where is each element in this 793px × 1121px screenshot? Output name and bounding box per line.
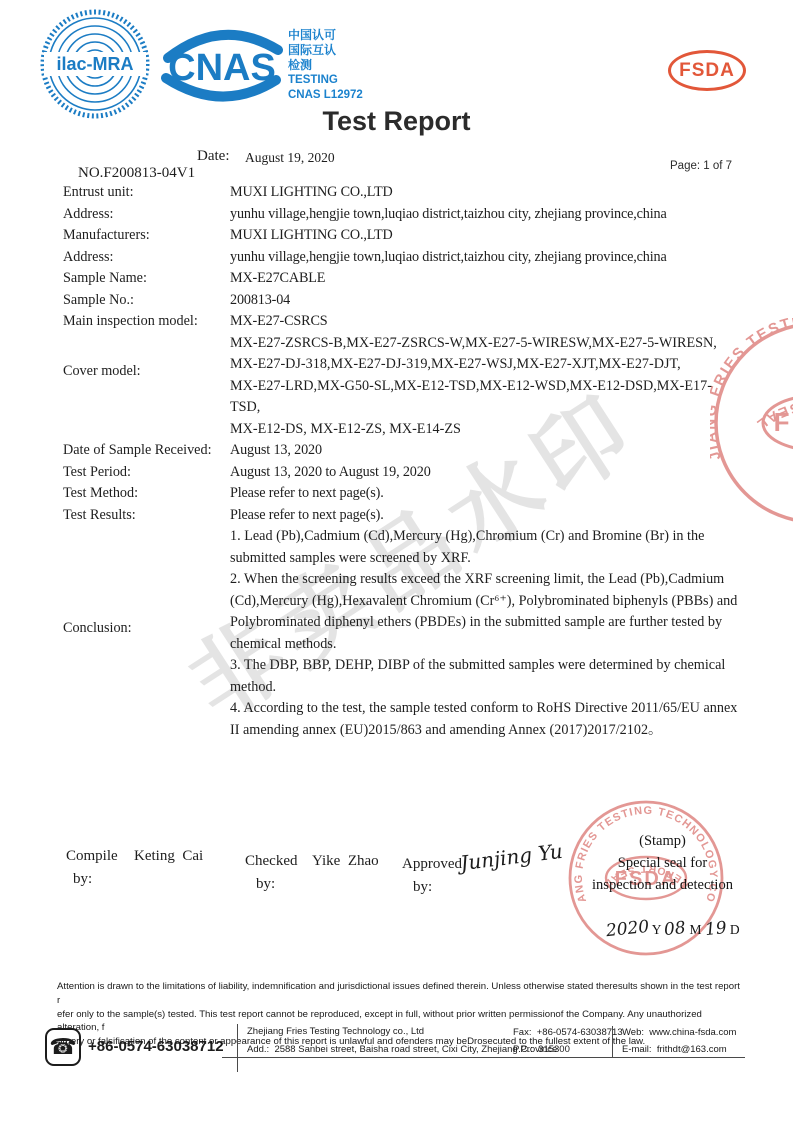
- approved-signature: Junjing Yu: [459, 839, 564, 875]
- field-label: Entrust unit:: [63, 182, 230, 204]
- cover-model-line: MX-E27-LRD,MX-G50-SL,MX-E12-TSD,MX-E12-W…: [230, 376, 739, 419]
- footer-divider: [237, 1024, 238, 1072]
- field-label: Cover model:: [63, 333, 230, 441]
- accreditation-line: CNAS L12972: [288, 88, 363, 103]
- accreditation-line: 检测: [288, 58, 363, 73]
- telephone-icon: ☎: [45, 1028, 81, 1066]
- approved-by-label: Approved: [402, 856, 462, 873]
- compile-by-label: Compile: [66, 848, 118, 865]
- stamp-note: (Stamp) Special seal for inspection and …: [560, 830, 765, 963]
- fsda-badge: FSDA: [668, 50, 746, 91]
- field-label: Address:: [63, 247, 230, 269]
- stamp-note-line: (Stamp): [560, 830, 765, 852]
- table-row: Address: yunhu village,hengjie town,luqi…: [63, 247, 739, 269]
- disclaimer-line: Attention is drawn to the limitations of…: [57, 980, 745, 1008]
- stamp-date-label: D: [726, 922, 739, 937]
- stamp-date-line: 2020 Y 08 M 19 D: [560, 896, 765, 963]
- table-row-conclusion: Conclusion: 1. Lead (Pb),Cadmium (Cd),Me…: [63, 526, 739, 741]
- compile-by-label: by:: [73, 871, 92, 888]
- table-row: Manufacturers: MUXI LIGHTING CO.,LTD: [63, 225, 739, 247]
- table-row: Address: yunhu village,hengjie town,luqi…: [63, 204, 739, 226]
- side-seal-center-text: FSDA: [774, 407, 793, 437]
- field-label: Main inspection model:: [63, 311, 230, 333]
- table-row: Date of Sample Received: August 13, 2020: [63, 440, 739, 462]
- field-label: Manufacturers:: [63, 225, 230, 247]
- field-label: Sample Name:: [63, 268, 230, 290]
- field-value: MUXI LIGHTING CO.,LTD: [230, 182, 739, 204]
- page-title: Test Report: [0, 106, 793, 137]
- conclusion-item: 3. The DBP, BBP, DEHP, DIBP of the submi…: [230, 655, 739, 698]
- field-value: August 13, 2020 to August 19, 2020: [230, 462, 739, 484]
- footer-rule: [222, 1057, 745, 1058]
- accreditation-line: 国际互认: [288, 43, 363, 58]
- conclusion-item: 4. According to the test, the sample tes…: [230, 698, 739, 741]
- field-value: MUXI LIGHTING CO.,LTD: [230, 225, 739, 247]
- field-value: yunhu village,hengjie town,luqiao distri…: [230, 204, 739, 226]
- checked-by-label: by:: [256, 876, 275, 893]
- field-value: MX-E27-ZSRCS-B,MX-E27-ZSRCS-W,MX-E27-5-W…: [230, 333, 739, 441]
- conclusion-item: 2. When the screening results exceed the…: [230, 569, 739, 655]
- field-value: August 13, 2020: [230, 440, 739, 462]
- field-label: Date of Sample Received:: [63, 440, 230, 462]
- field-value: MX-E27CABLE: [230, 268, 739, 290]
- cover-model-line: MX-E12-DS, MX-E12-ZS, MX-E14-ZS: [230, 419, 739, 441]
- report-number: NO.F200813-04V1: [78, 165, 195, 181]
- field-label: Conclusion:: [63, 526, 230, 741]
- test-report-page: 非卖品水印 ZHEJIANG FRIES TESTING TECHNOLOGY …: [0, 0, 793, 1121]
- footer-website: Web: www.china-fsda.com: [622, 1027, 736, 1038]
- accreditation-line: 中国认可: [288, 28, 363, 43]
- footer-address: Add.: 2588 Sanbei street, Baisha road st…: [247, 1044, 557, 1055]
- field-value: Please refer to next page(s).: [230, 505, 739, 527]
- field-label: Address:: [63, 204, 230, 226]
- date-value: August 19, 2020: [245, 150, 335, 166]
- field-value: Please refer to next page(s).: [230, 483, 739, 505]
- approved-by-label: by:: [413, 879, 432, 896]
- field-value: 200813-04: [230, 290, 739, 312]
- field-label: Test Period:: [63, 462, 230, 484]
- fsda-badge-text: FSDA: [679, 60, 735, 82]
- footer-phone: +86-0574-63038712: [88, 1038, 224, 1055]
- footer-company: Zhejiang Fries Testing Technology co., L…: [247, 1026, 424, 1037]
- stamp-date-year: 2020: [605, 916, 650, 942]
- compile-name: Keting Cai: [134, 848, 203, 865]
- table-row: Entrust unit: MUXI LIGHTING CO.,LTD: [63, 182, 739, 204]
- ilac-mra-logo-text: ilac-MRA: [56, 54, 133, 74]
- conclusion-item: 1. Lead (Pb),Cadmium (Cd),Mercury (Hg),C…: [230, 526, 739, 569]
- footer-postal-code: P.C.: 315300: [513, 1044, 570, 1055]
- report-info-table: Entrust unit: MUXI LIGHTING CO.,LTD Addr…: [63, 182, 739, 741]
- accreditation-text: 中国认可 国际互认 检测 TESTING CNAS L12972: [288, 28, 363, 103]
- checked-by-label: Checked: [245, 853, 297, 870]
- field-label: Test Method:: [63, 483, 230, 505]
- stamp-note-line: Special seal for: [560, 852, 765, 874]
- date-label: Date:: [197, 148, 229, 165]
- stamp-date-label: Y: [649, 922, 665, 937]
- stamp-date-day: 19: [704, 917, 728, 941]
- field-value: yunhu village,hengjie town,luqiao distri…: [230, 247, 739, 269]
- checked-name: Yike Zhao: [312, 853, 379, 870]
- table-row: Test Results: Please refer to next page(…: [63, 505, 739, 527]
- stamp-date-label: M: [686, 922, 705, 937]
- cover-model-line: MX-E27-ZSRCS-B,MX-E27-ZSRCS-W,MX-E27-5-W…: [230, 333, 739, 355]
- table-row: Test Period: August 13, 2020 to August 1…: [63, 462, 739, 484]
- footer-email: E-mail: frithdt@163.com: [622, 1044, 727, 1055]
- field-value: 1. Lead (Pb),Cadmium (Cd),Mercury (Hg),C…: [230, 526, 739, 741]
- stamp-date-month: 08: [663, 917, 687, 941]
- footer-fax: Fax: +86-0574-63038713: [513, 1027, 623, 1038]
- table-row-cover-model: Cover model: MX-E27-ZSRCS-B,MX-E27-ZSRCS…: [63, 333, 739, 441]
- table-row: Main inspection model: MX-E27-CSRCS: [63, 311, 739, 333]
- field-value: MX-E27-CSRCS: [230, 311, 739, 333]
- field-label: Sample No.:: [63, 290, 230, 312]
- cover-model-line: MX-E27-DJ-318,MX-E27-DJ-319,MX-E27-WSJ,M…: [230, 354, 739, 376]
- cnas-logo: CNAS: [152, 24, 292, 106]
- table-row: Test Method: Please refer to next page(s…: [63, 483, 739, 505]
- accreditation-line: TESTING: [288, 73, 363, 88]
- ilac-mra-logo: ilac-MRA: [38, 8, 152, 120]
- field-label: Test Results:: [63, 505, 230, 527]
- page-indicator: Page: 1 of 7: [670, 160, 732, 172]
- table-row: Sample No.: 200813-04: [63, 290, 739, 312]
- stamp-note-line: inspection and detection: [560, 874, 765, 896]
- table-row: Sample Name: MX-E27CABLE: [63, 268, 739, 290]
- cnas-logo-text: CNAS: [168, 47, 276, 89]
